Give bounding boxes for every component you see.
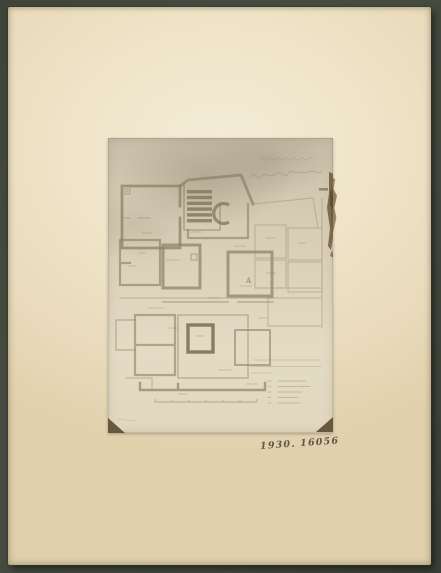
scan-background: A (0, 0, 441, 573)
handwritten-annotation (250, 157, 322, 178)
faint-mark (118, 419, 136, 421)
plan-right-wing (253, 198, 322, 328)
floor-plan-drawing: A (108, 138, 333, 433)
scale-bar (155, 399, 257, 402)
room-a-label: A (245, 277, 252, 285)
emulsion-damage (319, 172, 333, 258)
apse-icon (214, 204, 229, 224)
photograph: A (108, 138, 333, 433)
legend-notes (251, 360, 321, 403)
stairs-icon (187, 190, 212, 222)
dimension-notes (128, 232, 306, 394)
